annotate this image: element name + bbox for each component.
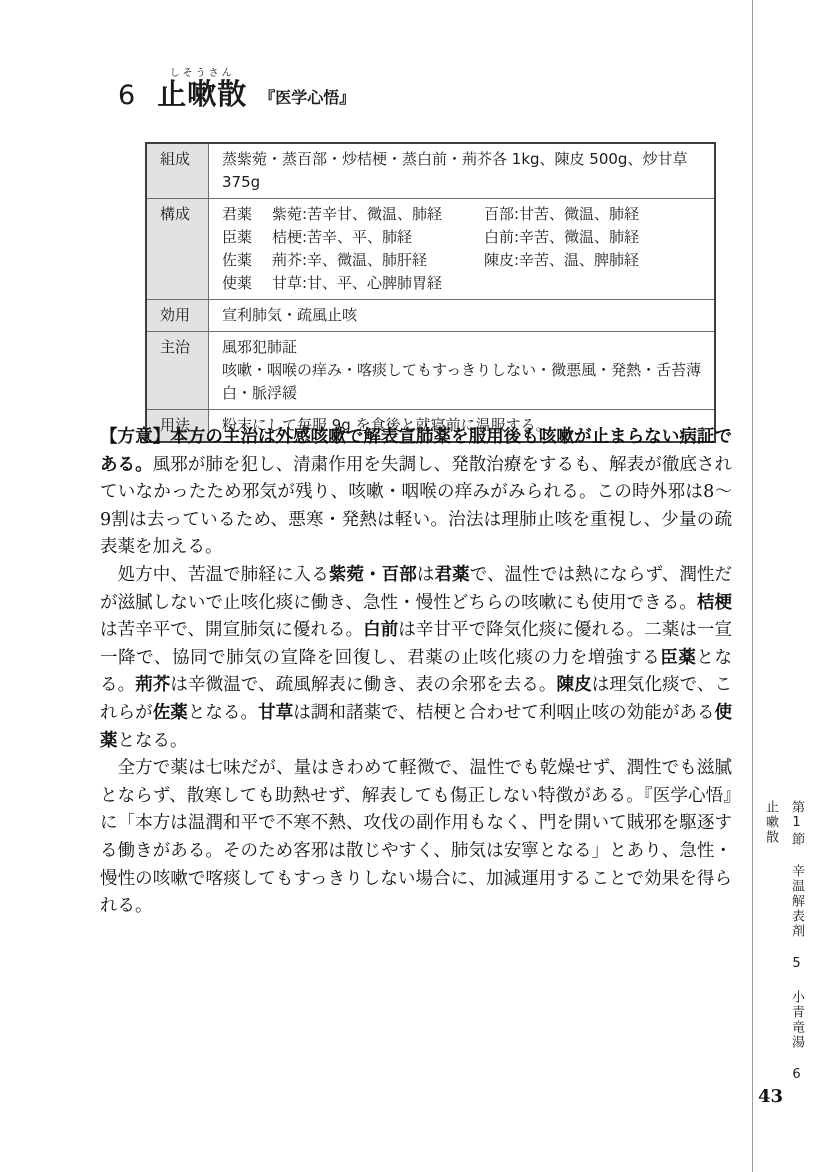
houi-paragraph-2: 処方中、苦温で肺経に入る紫菀・百部は君薬で、温性では熱にならず、潤性だが滋膩しな… [100,562,732,755]
herb-role: 佐薬 [222,249,272,272]
herb-entry [484,272,706,295]
kousei-line: 君薬 紫菀:苦辛甘、微温、肺経 百部:甘苦、微温、肺経 [222,203,706,226]
emphasized-term: 臣薬 [660,648,696,668]
kousei-line: 佐薬 荊芥:辛、微温、肺肝経 陳皮:辛苦、温、脾肺経 [222,249,706,272]
page-edge-rule [752,0,753,1172]
emphasized-term: 桔梗 [697,593,732,613]
body-text-run: 全方で薬は七味だが、量はきわめて軽微で、温性でも乾燥せず、潤性でも滋膩とならず、… [100,758,732,916]
row-content: 風邪犯肺証 咳嗽・咽喉の痒み・喀痰してもすっきりしない・微悪風・発熱・舌苔薄白・… [209,332,714,409]
table-row-sosei: 組成 蒸紫菀・蒸百部・炒桔梗・蒸白前・荊芥各 1kg、陳皮 500g、炒甘草 3… [147,144,714,198]
herb-entry: 白前:辛苦、微温、肺経 [484,226,706,249]
shuchi-line: 咳嗽・咽喉の痒み・喀痰してもすっきりしない・微悪風・発熱・舌苔薄白・脈浮緩 [222,359,706,405]
herb-role: 使薬 [222,272,272,295]
kousei-line: 臣薬 桔梗:苦辛、平、肺経 白前:辛苦、微温、肺経 [222,226,706,249]
body-text-run: となる。 [118,731,188,751]
chapter-side-tab: 第1節 辛温解表剤 5 小青竜湯 6 止嗽散 [757,800,809,1090]
body-text-run: は辛微温で、疏風解表に働き、表の余邪を去る。 [170,675,556,695]
section-number: 6 [118,80,135,113]
row-label: 効用 [147,300,209,331]
formula-name-base: 止嗽散 [157,77,247,111]
table-row-shuchi: 主治 風邪犯肺証 咳嗽・咽喉の痒み・喀痰してもすっきりしない・微悪風・発熱・舌苔… [147,331,714,409]
emphasized-term: 君薬 [435,565,470,585]
table-row-koyou: 効用 宣利肺気・疏風止咳 [147,299,714,331]
body-text-run: となる。 [188,703,258,723]
emphasized-term: 紫菀・百部 [329,565,417,585]
herb-entry: 桔梗:苦辛、平、肺経 [272,226,484,249]
houi-paragraph-3: 全方で薬は七味だが、量はきわめて軽微で、温性でも乾燥せず、潤性でも滋膩とならず、… [100,755,732,921]
section-title: 6 止嗽散しそうさん 『医学心悟』 [118,68,355,113]
houi-commentary: 【方意】本方の主治は外感咳嗽で解表宣肺薬を服用後も咳嗽が止まらない病証である。風… [100,424,732,921]
kousei-line: 使薬 甘草:甘、平、心脾肺胃経 [222,272,706,295]
herb-entry: 陳皮:辛苦、温、脾肺経 [484,249,706,272]
emphasized-term: 白前 [363,620,398,640]
herb-entry: 百部:甘苦、微温、肺経 [484,203,706,226]
source-book: 『医学心悟』 [259,85,355,113]
body-text-run: は苦辛平で、開宣肺気に優れる。 [100,620,363,640]
row-label: 構成 [147,199,209,299]
row-label: 主治 [147,332,209,409]
body-text-run: は調和諸薬で、桔梗と合わせて利咽止咳の効能がある [293,703,714,723]
herb-entry: 紫菀:苦辛甘、微温、肺経 [272,203,484,226]
shuchi-line: 風邪犯肺証 [222,336,706,359]
body-text-run: は [417,565,435,585]
row-content: 蒸紫菀・蒸百部・炒桔梗・蒸白前・荊芥各 1kg、陳皮 500g、炒甘草 375g [209,144,714,198]
formula-table: 組成 蒸紫菀・蒸百部・炒桔梗・蒸白前・荊芥各 1kg、陳皮 500g、炒甘草 3… [145,142,716,443]
row-content: 君薬 紫菀:苦辛甘、微温、肺経 百部:甘苦、微温、肺経 臣薬 桔梗:苦辛、平、肺… [209,199,714,299]
houi-paragraph-1: 【方意】本方の主治は外感咳嗽で解表宣肺薬を服用後も咳嗽が止まらない病証である。風… [100,424,732,562]
emphasized-term: 陳皮 [557,675,592,695]
body-text-run: 風邪が肺を犯し、清粛作用を失調し、発散治療をするも、解表が徹底されていなかったた… [100,455,732,558]
row-content: 宣利肺気・疏風止咳 [209,300,714,331]
herb-entry: 甘草:甘、平、心脾肺胃経 [272,272,484,295]
formula-name: 止嗽散しそうさん [157,68,247,113]
emphasized-term: 荊芥 [135,675,170,695]
formula-name-ruby: 止嗽散しそうさん [157,77,247,111]
book-page: 6 止嗽散しそうさん 『医学心悟』 組成 蒸紫菀・蒸百部・炒桔梗・蒸白前・荊芥各… [0,0,830,1172]
body-text-run: 処方中、苦温で肺経に入る [118,565,329,585]
page-number: 43 [758,1086,783,1107]
emphasized-term: 甘草 [258,703,293,723]
table-row-kousei: 構成 君薬 紫菀:苦辛甘、微温、肺経 百部:甘苦、微温、肺経 臣薬 桔梗:苦辛、… [147,198,714,299]
herb-role: 臣薬 [222,226,272,249]
emphasized-term: 佐薬 [153,703,188,723]
herb-role: 君薬 [222,203,272,226]
formula-name-furigana: しそうさん [157,68,247,79]
row-label: 組成 [147,144,209,198]
herb-entry: 荊芥:辛、微温、肺肝経 [272,249,484,272]
